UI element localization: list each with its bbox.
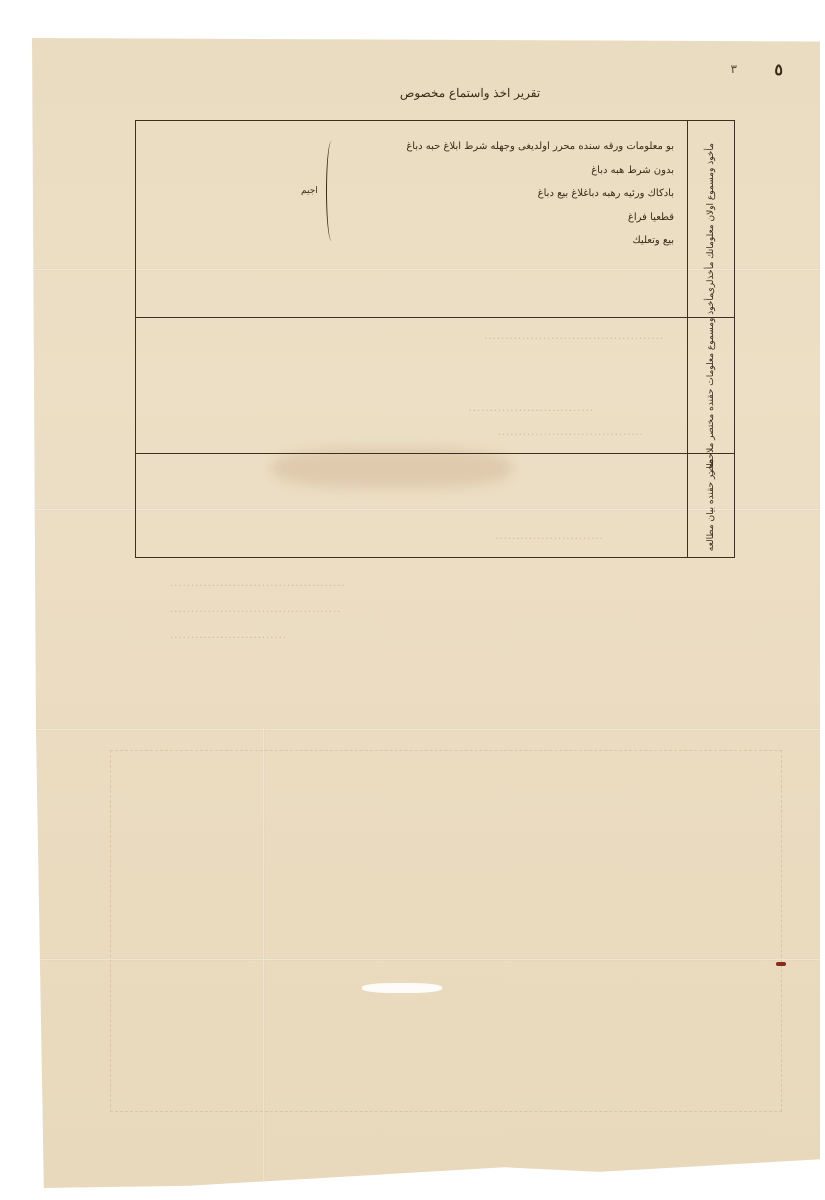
bleedthrough-text: ................................... [498,427,644,438]
bleedthrough-text: .............................. [469,403,594,414]
brace-label: اجيم [301,186,318,196]
bleedthrough-text: ........................................… [170,604,341,615]
fold-line [32,728,820,731]
bleedthrough-text: ........................................… [170,578,346,589]
row-header-text: مأخوذ ومسموع معلومات حقنده مختصر ملاحظات [706,293,716,477]
page-number: ٥ [774,60,783,79]
row-header: مأخوذ ومسموع معلومات حقنده مختصر ملاحظات [687,317,734,453]
row-header-text: محرر حقنده بيان مطالعه [706,459,716,551]
bleedthrough-text: ........................................… [484,331,664,342]
entry-line: بيع وتعليك [406,229,674,253]
entry-line: بدون شرط هبه دباغ [406,159,674,183]
curly-brace [326,141,337,241]
faint-bleedthrough-table [110,750,782,1112]
page-mark: ٣ [731,62,737,76]
table-row: مأخوذ ومسموع معلومات حقنده مختصر ملاحظات… [136,317,734,454]
entry-line: بادكاك ورئيه رهبه دباغلاغ بيع دباغ [406,182,674,206]
bleedthrough-text: .......................... [495,531,604,542]
bleedthrough-text: ............................ [170,630,287,641]
entry-line: قطعيا فراغ [406,206,674,230]
red-ink-mark [776,962,786,966]
report-table: مأخوذ ومسموع اولان معلوماتك مأخذلرى بو م… [135,120,735,558]
row-header: مأخوذ ومسموع اولان معلوماتك مأخذلرى [687,121,734,317]
row-header-text: مأخوذ ومسموع اولان معلوماتك مأخذلرى [706,143,716,294]
row-entries: بو معلومات ورقه سنده محرر اولديغى وجهله … [406,135,674,253]
row-header: محرر حقنده بيان مطالعه [687,453,734,557]
table-row: مأخوذ ومسموع اولان معلوماتك مأخذلرى بو م… [136,121,734,318]
document-title: تقرير اخذ واستماع مخصوص [370,86,570,100]
entry-line: بو معلومات ورقه سنده محرر اولديغى وجهله … [406,135,674,159]
table-row: محرر حقنده بيان مطالعه .................… [136,453,734,557]
